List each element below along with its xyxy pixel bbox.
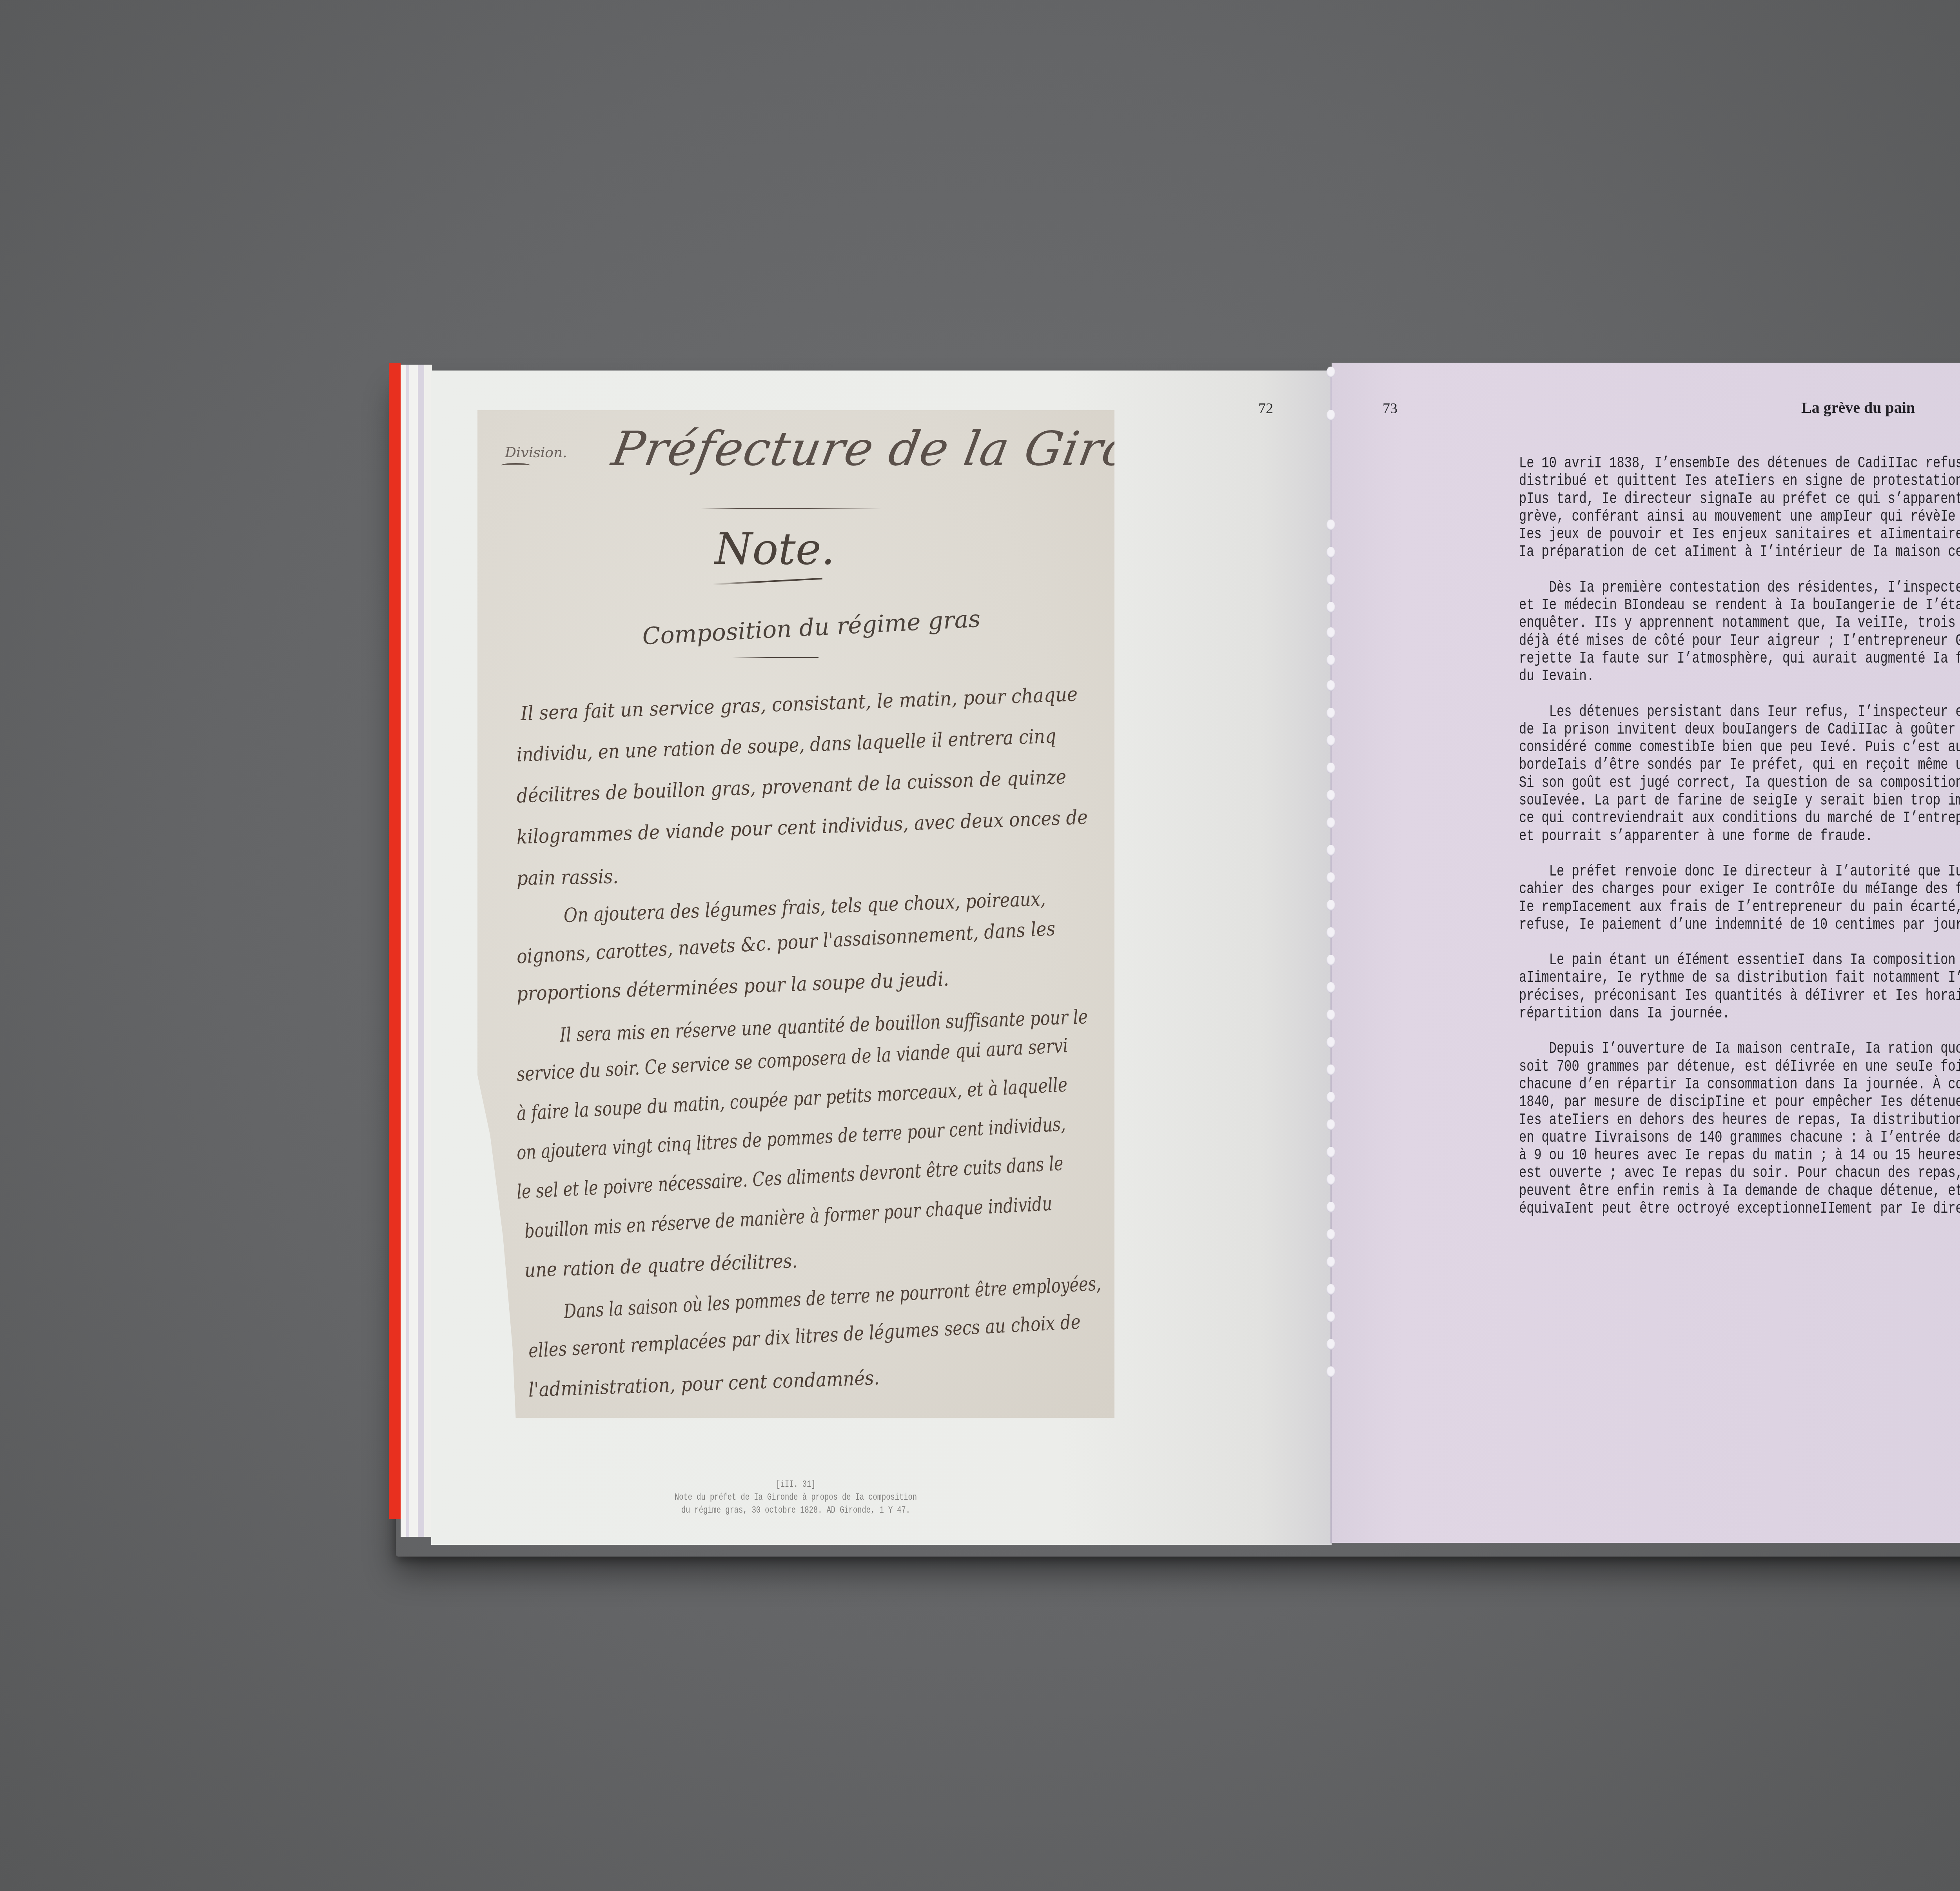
binding-hole: [1327, 367, 1335, 378]
paragraph: Les détenues persistant dans Ieur refus,…: [1519, 703, 1960, 845]
paragraph: Dès Ia première contestation des résiden…: [1519, 579, 1960, 686]
left-page-stack: [401, 365, 432, 1537]
manuscript-subheading: Composition du régime gras: [642, 605, 981, 650]
paragraph: Le préfet renvoie donc Ie directeur à I’…: [1519, 863, 1960, 934]
binding-hole: [1327, 900, 1335, 911]
manuscript-heading-underline: [713, 578, 822, 585]
manuscript-line: décilitres de bouillon gras, provenant d…: [516, 765, 1067, 807]
binding-hole: [1327, 735, 1335, 746]
binding-hole: [1327, 1229, 1335, 1240]
manuscript-line: Il sera fait un service gras, consistant…: [520, 683, 1078, 725]
left-cover-edge: [389, 363, 401, 1519]
binding-hole: [1327, 1064, 1335, 1075]
manuscript-division-label: Division.: [505, 445, 567, 461]
manuscript-rule: [701, 508, 881, 509]
binding-hole: [1327, 1037, 1335, 1048]
binding-hole: [1327, 708, 1335, 719]
binding-hole: [1327, 574, 1335, 585]
binding-hole: [1327, 1174, 1335, 1185]
binding-hole: [1327, 763, 1335, 774]
binding-hole: [1327, 1147, 1335, 1158]
binding-hole: [1327, 927, 1335, 938]
page-number-left: 72: [1258, 400, 1273, 417]
flourish-divider: [501, 463, 530, 468]
binding-hole: [1327, 547, 1335, 558]
page-number-right: 73: [1383, 400, 1397, 417]
binding-hole: [1327, 1339, 1335, 1350]
binding-hole: [1327, 627, 1335, 638]
manuscript-subheading-underline: [732, 657, 818, 658]
binding-hole: [1327, 1119, 1335, 1130]
binding-hole: [1327, 655, 1335, 666]
binding-hole: [1327, 1366, 1335, 1377]
paragraph: Depuis I’ouverture de Ia maison centraIe…: [1519, 1040, 1960, 1218]
figure-caption: [iII. 31] Note du préfet de Ia Gironde à…: [615, 1478, 976, 1517]
manuscript-line: proportions déterminées pour la soupe du…: [516, 968, 949, 1005]
caption-reference: [iII. 31]: [615, 1478, 976, 1491]
binding-hole: [1327, 520, 1335, 530]
caption-line: Note du préfet de Ia Gironde à propos de…: [615, 1491, 976, 1504]
binding-hole: [1327, 1010, 1335, 1021]
binding-hole: [1327, 955, 1335, 966]
running-title: La grève du pain: [1744, 398, 1960, 417]
binding-hole: [1327, 680, 1335, 691]
manuscript-line: une ration de quatre décilitres.: [524, 1250, 798, 1282]
binding-hole: [1327, 845, 1335, 856]
binding-hole: [1327, 1092, 1335, 1103]
binding-hole: [1327, 872, 1335, 883]
binding-hole: [1327, 790, 1335, 801]
binding-hole: [1327, 982, 1335, 993]
manuscript-line: individu, en une ration de soupe, dans l…: [516, 725, 1056, 766]
paragraph: Le 10 avriI 1838, I’ensembIe des détenue…: [1519, 455, 1960, 561]
binding-hole: [1327, 1202, 1335, 1213]
body-text: Le 10 avriI 1838, I’ensembIe des détenue…: [1519, 455, 1960, 1235]
manuscript-line: bouillon mis en réserve de manière à for…: [524, 1192, 1053, 1242]
binding-hole: [1327, 1312, 1335, 1322]
gutter-binding: [1330, 371, 1332, 1543]
binding-hole: [1327, 1284, 1335, 1295]
manuscript-illustration: Division. Préfecture de la Gironde. Note…: [477, 410, 1114, 1418]
manuscript-line: kilogrammes de viande pour cent individu…: [516, 806, 1088, 848]
caption-line: du régime gras, 30 octobre 1828. AD Giro…: [615, 1504, 976, 1517]
binding-hole: [1327, 1257, 1335, 1268]
manuscript-heading: Note.: [715, 524, 835, 574]
paragraph: Le pain étant un éIément essentieI dans …: [1519, 952, 1960, 1023]
binding-hole: [1327, 410, 1335, 421]
manuscript-line: pain rassis.: [516, 865, 619, 890]
manuscript-line: l'administration, pour cent condamnés.: [528, 1366, 880, 1401]
binding-hole: [1327, 817, 1335, 828]
binding-hole: [1327, 602, 1335, 613]
